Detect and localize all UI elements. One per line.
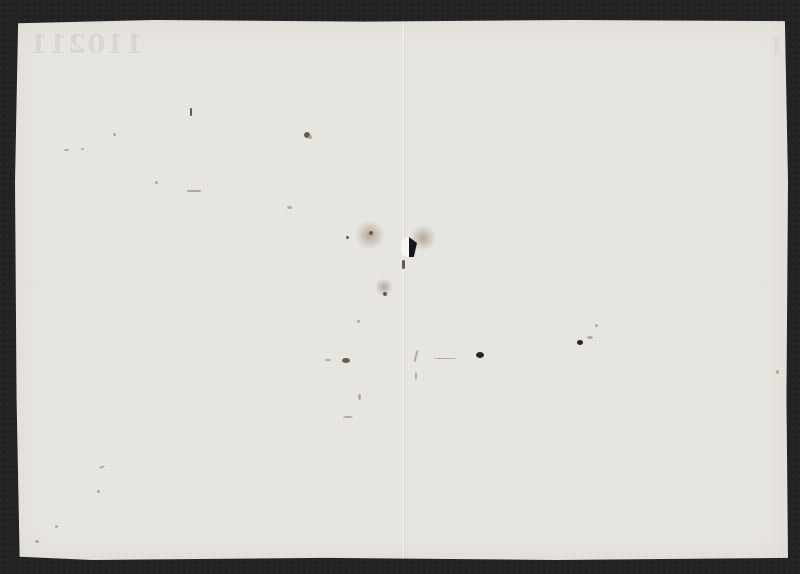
ink-speck <box>343 416 353 418</box>
ink-speck <box>325 359 331 361</box>
ink-speck <box>383 292 387 296</box>
ink-speck <box>155 181 158 184</box>
ink-speck <box>577 340 583 345</box>
ink-speck <box>476 352 484 358</box>
ink-speck <box>35 540 39 543</box>
ink-speck <box>65 558 68 561</box>
ink-speck <box>187 190 201 192</box>
ink-speck <box>99 465 105 469</box>
ink-speck <box>402 260 405 269</box>
ink-speck <box>113 133 116 136</box>
ink-speck <box>64 149 69 151</box>
paper-sheet: 110211 1 <box>15 20 788 560</box>
ink-speck <box>415 372 417 380</box>
ink-speck <box>55 525 58 528</box>
ink-speck <box>433 358 457 359</box>
ink-smudge <box>355 220 385 250</box>
ink-speck <box>287 206 292 209</box>
ink-speck <box>587 336 593 339</box>
ink-speck <box>776 370 779 374</box>
ink-speck <box>97 490 100 493</box>
ink-speck <box>81 148 84 150</box>
bleed-through-stamp: 110211 <box>29 30 144 60</box>
ink-speck <box>357 320 360 323</box>
ink-speck <box>342 358 350 363</box>
scan-background: 110211 1 <box>0 0 800 574</box>
ink-speck <box>358 394 361 400</box>
ink-speck <box>346 236 349 239</box>
ink-speck <box>190 108 192 116</box>
ink-speck <box>595 324 598 327</box>
horizontal-crease <box>15 282 788 283</box>
ink-speck <box>369 231 373 235</box>
vertical-fold-line <box>403 20 404 560</box>
hole-light-half <box>401 237 409 257</box>
ink-speck <box>413 350 418 362</box>
paper-hole <box>401 237 417 257</box>
bleed-through-mark-right: 1 <box>769 34 784 60</box>
ink-speck <box>308 135 312 139</box>
hole-dark-half <box>409 237 417 257</box>
